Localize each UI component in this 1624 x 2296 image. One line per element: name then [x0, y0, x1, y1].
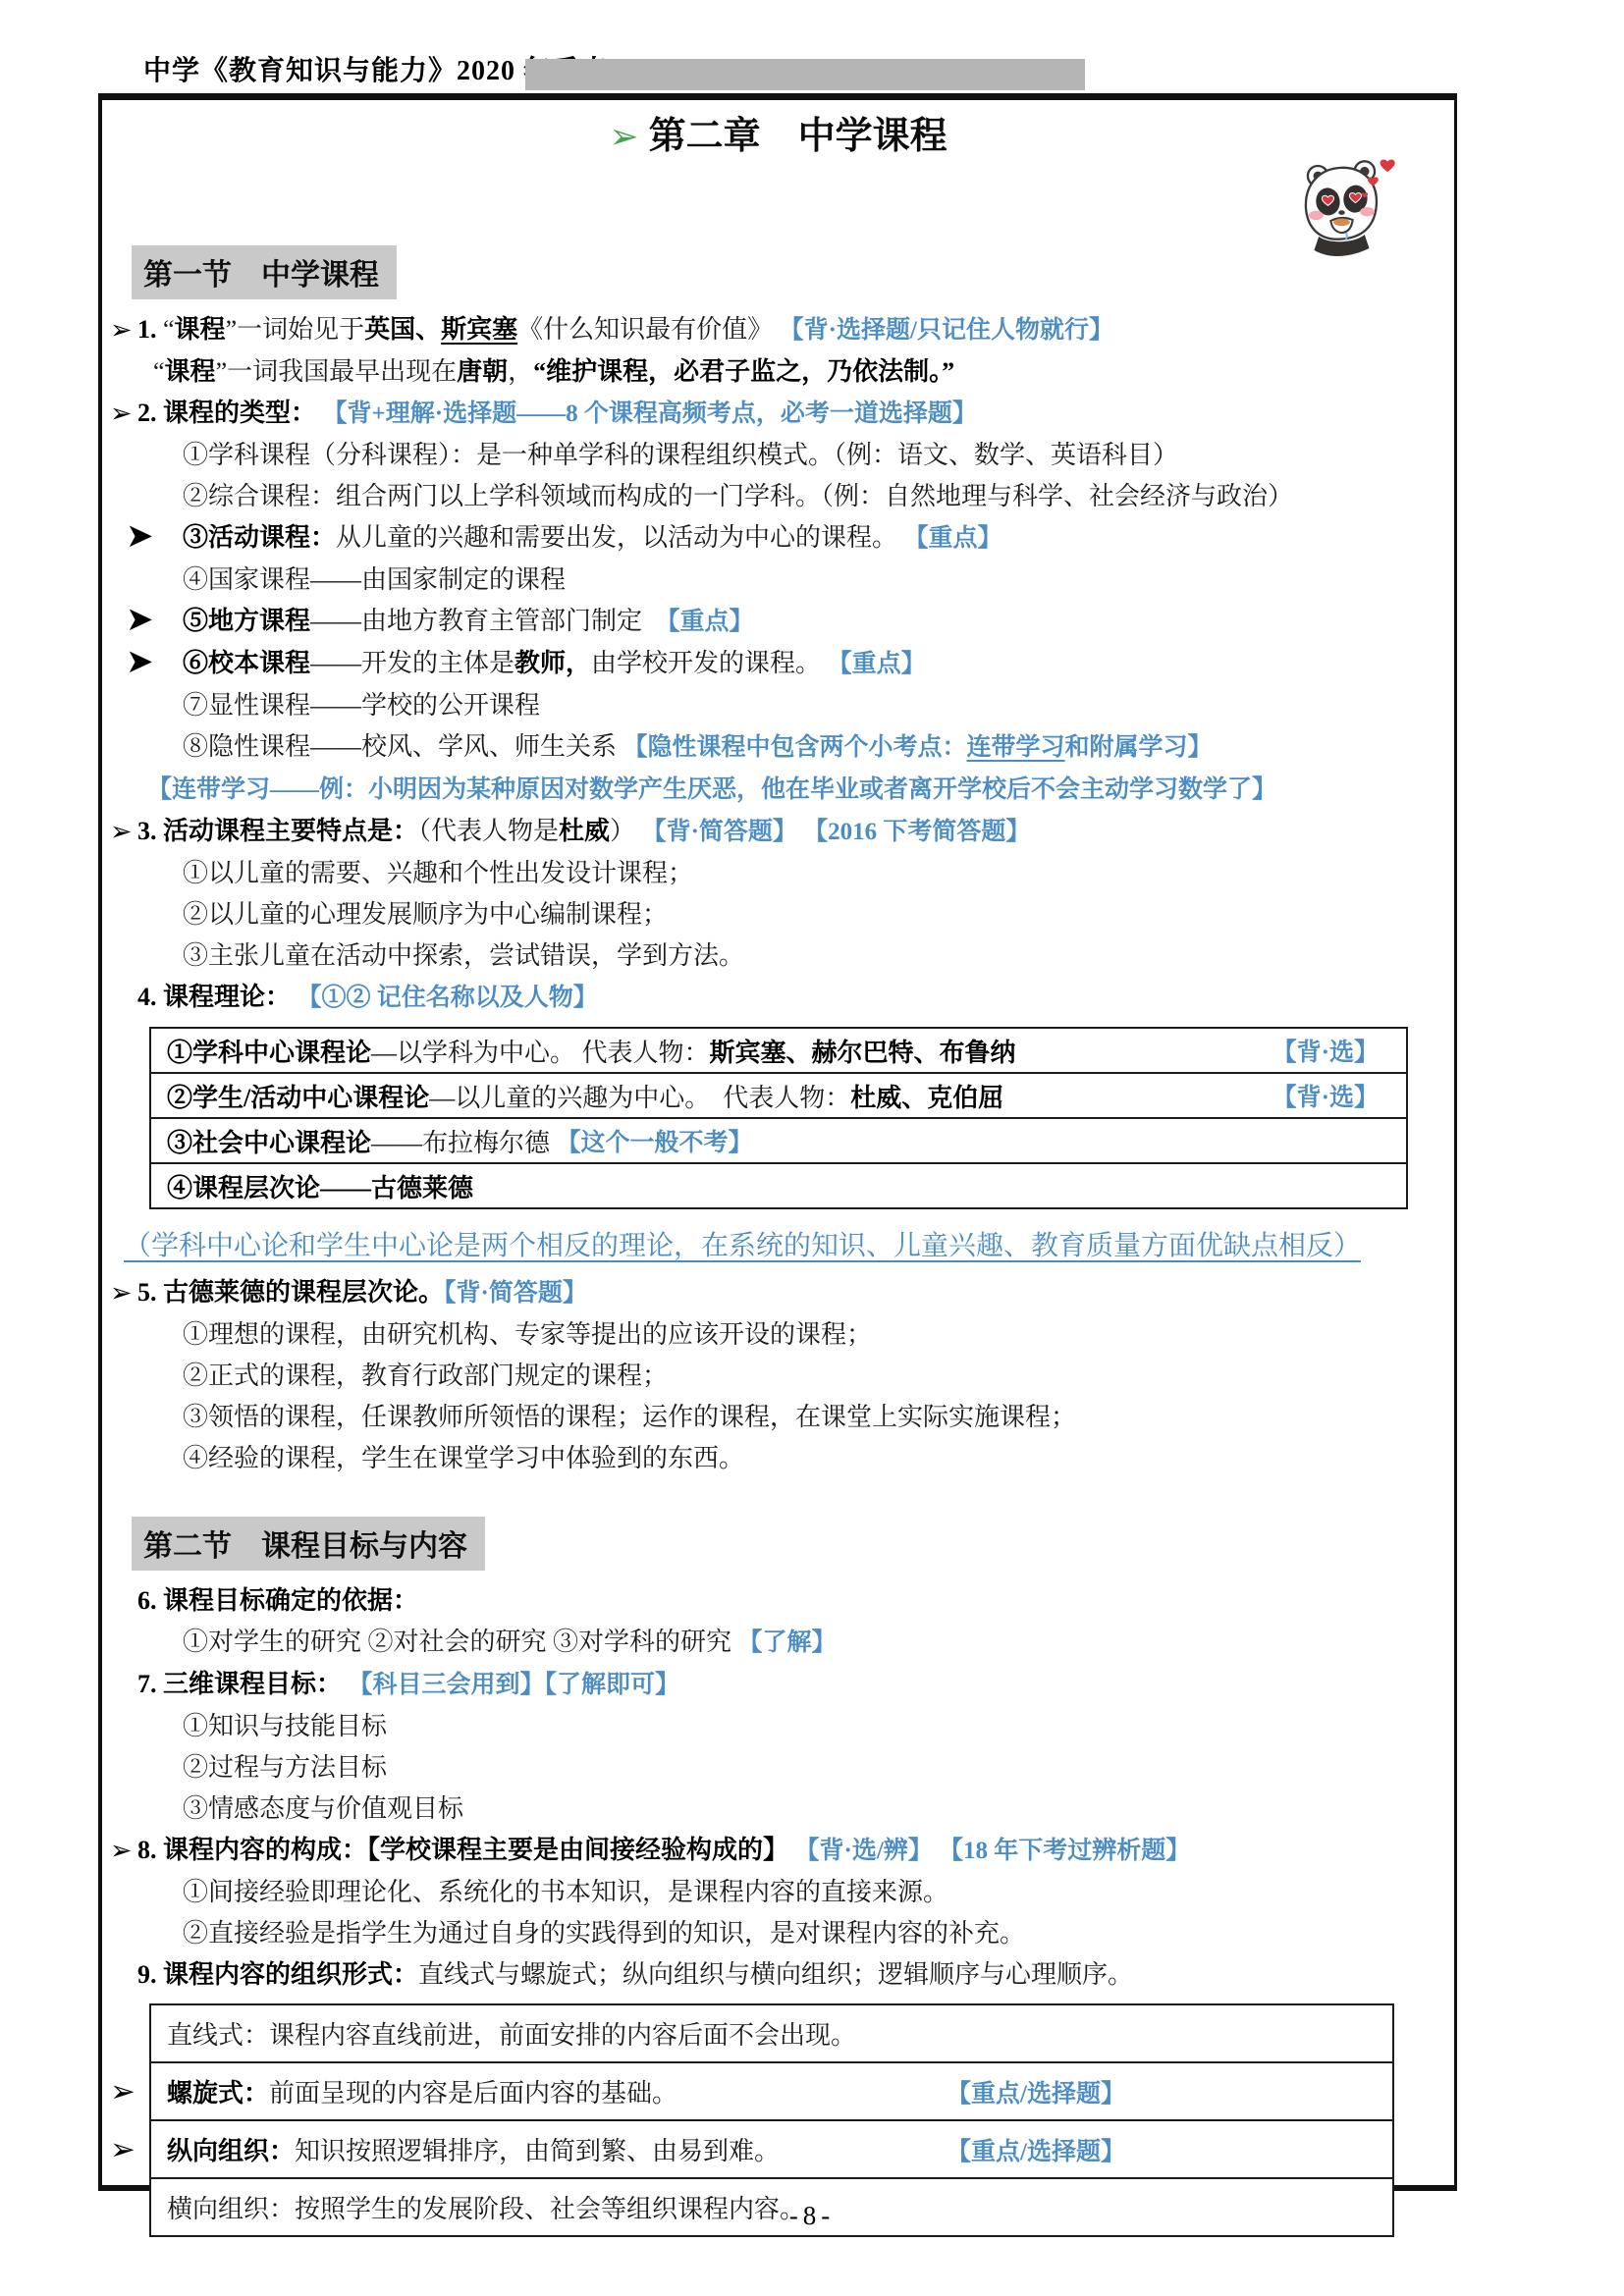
text-segment: ——由地方教育主管部门制定	[310, 607, 668, 635]
page: { "header": { "title": "中学《教育知识与能力》2020 …	[0, 0, 1624, 2296]
annotation: 【背·选择题/只记住人物就行】	[780, 317, 1113, 344]
text-segment: 斯宾塞	[441, 315, 517, 344]
annotation: 【重点】	[904, 525, 1002, 552]
content-line: ➢1. “课程”一词始见于英国、斯宾塞《什么知识最有价值》 【背·选择题/只记住…	[102, 309, 1454, 351]
text-segment: 1.	[137, 315, 163, 344]
content-line: ②以儿童的心理发展顺序为中心编制课程；	[102, 894, 1454, 935]
text-segment: ①学科中心课程论	[167, 1033, 371, 1069]
content-line: ②正式的课程，教育行政部门规定的课程；	[102, 1356, 1454, 1397]
arrow-marker-icon: ➢	[110, 2132, 135, 2167]
text-segment: ①知识与技能目标	[183, 1712, 387, 1740]
text-segment: ③情感态度与价值观目标	[183, 1794, 463, 1823]
text-segment: ①学科课程（分科课程）：是一种单学科的课程组织模式。（例：语文、数学、英语科目）	[183, 441, 1178, 469]
content-line: ④经验的课程，学生在课堂学习中体验到的东西。	[102, 1438, 1454, 1479]
content-line: ③领悟的课程，任课教师所领悟的课程；运作的课程，在课堂上实际实施课程；	[102, 1397, 1454, 1438]
annotation: 【了解】	[738, 1629, 837, 1656]
arrow-marker-icon: ➢	[110, 1830, 133, 1871]
content-line: ➢8. 课程内容的构成：【学校课程主要是由间接经验构成的】 【背·选/辨】 【1…	[102, 1830, 1454, 1872]
text-segment: “维护课程，必君子监之，乃依法制。”	[533, 357, 954, 386]
text-segment: （代表人物是	[418, 817, 559, 845]
text-segment: 由学校开发的课程。	[591, 649, 828, 677]
text-segment: 课程	[165, 357, 216, 386]
annotation: 和附属学习】	[1065, 734, 1213, 761]
chapter-title: 第二章 中学课程	[649, 116, 947, 157]
annotation: 【背+理解·选择题——8 个课程高频考点，必考一道选择题】	[323, 400, 977, 427]
text-segment: ⑤地方课程	[183, 607, 310, 635]
text-segment: 6. 课程目标确定的依据：	[137, 1586, 418, 1615]
section-heading: 第二节 课程目标与内容	[132, 1517, 485, 1571]
text-segment: ③领悟的课程，任课教师所领悟的课程；运作的课程，在课堂上实际实施课程；	[183, 1403, 1076, 1431]
annotation: 【背·选/辨】 【18 年下考过辨析题】	[795, 1838, 1191, 1864]
text-segment: ②学生/活动中心课程论	[167, 1078, 429, 1114]
annotation: 【重点/选择题】	[947, 2132, 1125, 2167]
content-line: ②过程与方法目标	[102, 1747, 1454, 1789]
text-segment: ——开发的主体是	[310, 649, 514, 677]
text-segment: 纵向组织：	[167, 2131, 295, 2167]
table-row: ①学科中心课程论—以学科为中心。 代表人物：斯宾塞、赫尔巴特、布鲁纳【背·选】	[151, 1029, 1406, 1072]
content-line: ①学科课程（分科课程）：是一种单学科的课程组织模式。（例：语文、数学、英语科目）	[102, 435, 1454, 476]
text-segment: ④经验的课程，学生在课堂学习中体验到的东西。	[183, 1444, 744, 1472]
content-line: ⑧隐性课程——校风、学风、师生关系 【隐性课程中包含两个小考点：连带学习和附属学…	[102, 726, 1454, 769]
text-segment: ⑦显性课程——学校的公开课程	[183, 691, 540, 720]
arrow-marker-icon: ➢	[110, 2074, 135, 2109]
text-segment: 唐朝	[457, 357, 508, 386]
text-segment: 前面呈现的内容是后面内容的基础。	[269, 2073, 677, 2109]
text-segment: 教师，	[514, 649, 591, 677]
content-line: ①以儿童的需要、兴趣和个性出发设计课程；	[102, 853, 1454, 894]
annotation: 【重点】	[828, 651, 926, 677]
text-segment: 课程	[175, 315, 226, 344]
section-heading: 第一节 中学课程	[132, 245, 397, 299]
section-row: 第一节 中学课程	[132, 245, 1454, 299]
annotation: 【科目三会用到】【了解即可】	[349, 1672, 680, 1698]
text-segment: 5. 古德莱德的课程层次论。	[137, 1278, 444, 1307]
text-segment: 杜威	[559, 817, 610, 845]
blocks: 第一节 中学课程➢1. “课程”一词始见于英国、斯宾塞《什么知识最有价值》 【背…	[102, 245, 1454, 2237]
annotation: 【背·选】	[1272, 1078, 1379, 1113]
arrow-marker-icon: ➢	[110, 393, 133, 434]
text-segment: “	[153, 357, 165, 386]
content-line: （学科中心论和学生中心论是两个相反的理论，在系统的知识、儿童兴趣、教育质量方面优…	[102, 1221, 1454, 1272]
text-segment: ④国家课程——由国家制定的课程	[183, 565, 566, 594]
text-segment: —以学科为中心。 代表人物：	[371, 1033, 710, 1069]
text-segment: 英国、	[364, 315, 441, 344]
table-row: 直线式：课程内容直线前进，前面安排的内容后面不会出现。	[151, 2005, 1392, 2061]
annotation: 连带学习	[967, 734, 1065, 761]
content-line: ①知识与技能目标	[102, 1706, 1454, 1747]
text-segment: ③主张儿童在活动中探索，尝试错误，学到方法。	[183, 941, 744, 970]
text-segment: 知识按照逻辑排序，由简到繁、由易到难。	[295, 2131, 780, 2167]
header-gray-bar	[525, 59, 1085, 90]
text-segment: 直线式与螺旋式；纵向组织与横向组织；逻辑顺序与心理顺序。	[418, 1960, 1133, 1989]
annotation: 【重点/选择题】	[947, 2074, 1125, 2109]
text-segment: 8. 课程内容的构成：【学校课程主要是由间接经验构成的】	[137, 1836, 795, 1864]
annotation: 【隐性课程中包含两个小考点：	[623, 734, 967, 761]
text-segment: ③活动课程：	[183, 523, 336, 552]
content-line: ①理想的课程，由研究机构、专家等提出的应该开设的课程；	[102, 1314, 1454, 1356]
text-segment: ）	[610, 817, 642, 845]
theory-table: ①学科中心课程论—以学科为中心。 代表人物：斯宾塞、赫尔巴特、布鲁纳【背·选】②…	[149, 1027, 1408, 1209]
table-row: ➢纵向组织：知识按照逻辑排序，由简到繁、由易到难。【重点/选择题】	[151, 2119, 1392, 2177]
text-segment: 《什么知识最有价值》	[517, 315, 780, 344]
text-segment: ②以儿童的心理发展顺序为中心编制课程；	[183, 900, 668, 929]
content-line: ①对学生的研究 ②对社会的研究 ③对学科的研究 【了解】	[102, 1622, 1454, 1664]
text-segment: ①间接经验即理论化、系统化的书本知识，是课程内容的直接来源。	[183, 1878, 948, 1906]
arrow-marker-icon: ➢	[110, 309, 133, 350]
arrow-marker-icon: ➤	[126, 600, 154, 641]
text-segment: 从儿童的兴趣和需要出发，以活动为中心的课程。	[336, 523, 904, 552]
content-line: ⑦显性课程——学校的公开课程	[102, 685, 1454, 726]
text-segment: 螺旋式：	[167, 2073, 269, 2109]
content-line: 4. 课程理论： 【①② 记住名称以及人物】	[102, 977, 1454, 1019]
text-segment: 4. 课程理论：	[137, 983, 298, 1011]
text-segment: ②综合课程：组合两门以上学科领域而构成的一门学科。（例：自然地理与科学、社会经济…	[183, 482, 1293, 510]
table-row: ②学生/活动中心课程论—以儿童的兴趣为中心。 代表人物：杜威、克伯屈【背·选】	[151, 1072, 1406, 1117]
arrow-marker-icon: ➤	[126, 642, 154, 683]
content-line: ➢3. 活动课程主要特点是：（代表人物是杜威） 【背·简答题】 【2016 下考…	[102, 811, 1454, 853]
text-segment: 斯宾塞、赫尔巴特、布鲁纳	[710, 1033, 1016, 1069]
text-segment: 2. 课程的类型：	[137, 399, 323, 427]
content-line: “课程”一词我国最早出现在唐朝，“维护课程，必君子监之，乃依法制。”	[102, 351, 1454, 393]
table-row: ➢螺旋式：前面呈现的内容是后面内容的基础。【重点/选择题】	[151, 2061, 1392, 2119]
annotation: 【背·简答题】	[444, 1280, 587, 1307]
text-segment: ④课程层次论——古德莱德	[167, 1168, 473, 1204]
content-line: ④国家课程——由国家制定的课程	[102, 560, 1454, 601]
text-segment: ，	[508, 357, 533, 386]
panda-sticker-icon	[1293, 155, 1403, 259]
text-segment: ①对学生的研究 ②对社会的研究 ③对学科的研究	[183, 1628, 738, 1656]
text-segment: ①以儿童的需要、兴趣和个性出发设计课程；	[183, 859, 693, 887]
section-row: 第二节 课程目标与内容	[132, 1517, 1454, 1571]
content-line: 6. 课程目标确定的依据：	[102, 1580, 1454, 1622]
content-line: ➤⑤地方课程——由地方教育主管部门制定 【重点】	[102, 601, 1454, 643]
text-segment: ③社会中心课程论	[167, 1123, 371, 1159]
content-line: ➢5. 古德莱德的课程层次论。【背·简答题】	[102, 1272, 1454, 1314]
page-number: -8-	[0, 2201, 1624, 2231]
text-segment: ”一词我国最早出现在	[216, 357, 458, 386]
content-line: ➤③活动课程：从儿童的兴趣和需要出发，以活动为中心的课程。 【重点】	[102, 517, 1454, 560]
annotation: 【①② 记住名称以及人物】	[298, 985, 598, 1011]
annotation: 【背·简答题】 【2016 下考简答题】	[642, 819, 1031, 845]
arrow-marker-icon: ➢	[110, 1272, 133, 1313]
chapter-title-row: ➢第二章 中学课程	[102, 110, 1454, 163]
table-row: ④课程层次论——古德莱德	[151, 1162, 1406, 1207]
content-line: ③情感态度与价值观目标	[102, 1789, 1454, 1830]
text-segment: 3. 活动课程主要特点是：	[137, 817, 418, 845]
content-line: ③主张儿童在活动中探索，尝试错误，学到方法。	[102, 935, 1454, 977]
text-segment: ⑥校本课程	[183, 649, 310, 677]
content-line: ➤⑥校本课程——开发的主体是教师，由学校开发的课程。 【重点】	[102, 643, 1454, 685]
text-segment: ②过程与方法目标	[183, 1753, 387, 1782]
text-segment: ——布拉梅尔德	[371, 1123, 557, 1159]
content-line: 【连带学习——例：小明因为某种原因对数学产生厌恶，他在毕业或者离开学校后不会主动…	[102, 769, 1454, 811]
annotation: 【这个一般不考】	[557, 1123, 753, 1158]
text-segment: 直线式：课程内容直线前进，前面安排的内容后面不会出现。	[167, 2015, 856, 2052]
text-segment: （学科中心论和学生中心论是两个相反的理论，在系统的知识、儿童兴趣、教育质量方面优…	[124, 1231, 1361, 1261]
text-segment: 杜威、克伯屈	[850, 1078, 1003, 1114]
annotation: 【重点】	[668, 609, 754, 635]
arrow-marker-icon: ➢	[110, 811, 133, 852]
table-row: ③社会中心课程论——布拉梅尔德 【这个一般不考】	[151, 1117, 1406, 1162]
annotation: 【连带学习——例：小明因为某种原因对数学产生厌恶，他在毕业或者离开学校后不会主动…	[147, 776, 1276, 803]
text-segment: ①理想的课程，由研究机构、专家等提出的应该开设的课程；	[183, 1320, 872, 1349]
content-line: 7. 三维课程目标： 【科目三会用到】【了解即可】	[102, 1664, 1454, 1706]
content-line: ➢2. 课程的类型： 【背+理解·选择题——8 个课程高频考点，必考一道选择题】	[102, 393, 1454, 435]
content-box: ➢第二章 中学课程 第一节 中学课程➢1. “课程”一词始见于英国、斯宾塞《什么…	[98, 93, 1457, 2191]
arrow-marker-icon: ➤	[126, 516, 154, 558]
content-line: ②综合课程：组合两门以上学科领域而构成的一门学科。（例：自然地理与科学、社会经济…	[102, 476, 1454, 517]
text-segment: —以儿童的兴趣为中心。 代表人物：	[429, 1078, 850, 1114]
text-segment: ②正式的课程，教育行政部门规定的课程；	[183, 1362, 668, 1390]
text-segment: ”一词始见于	[226, 315, 365, 344]
text-segment: ②直接经验是指学生为通过自身的实践得到的知识，是对课程内容的补充。	[183, 1919, 1025, 1948]
text-segment: “	[163, 315, 175, 344]
text-segment: ⑧隐性课程——校风、学风、师生关系	[183, 732, 623, 761]
annotation: 【背·选】	[1272, 1033, 1379, 1068]
content-line: 9. 课程内容的组织形式：直线式与螺旋式；纵向组织与横向组织；逻辑顺序与心理顺序…	[102, 1954, 1454, 1996]
text-segment: 9. 课程内容的组织形式：	[137, 1960, 418, 1989]
chapter-arrow-icon: ➢	[609, 116, 638, 156]
content-line: ②直接经验是指学生为通过自身的实践得到的知识，是对课程内容的补充。	[102, 1913, 1454, 1954]
content-line: ①间接经验即理论化、系统化的书本知识，是课程内容的直接来源。	[102, 1872, 1454, 1913]
text-segment: 7. 三维课程目标：	[137, 1670, 349, 1698]
